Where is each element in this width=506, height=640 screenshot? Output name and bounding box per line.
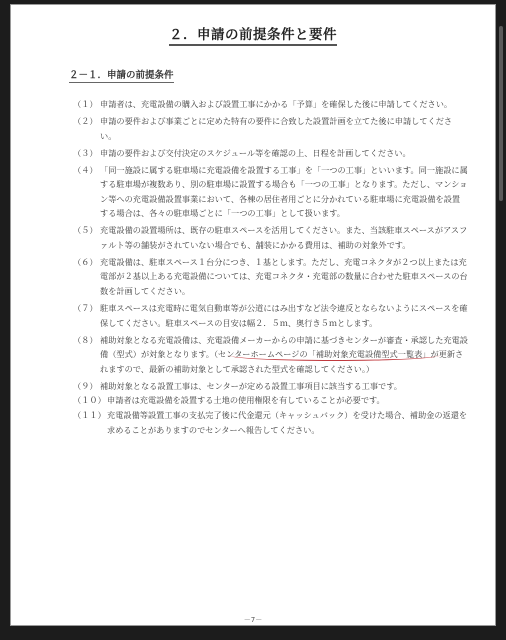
scrollbar-thumb[interactable]	[499, 26, 503, 201]
item-number: （１１）	[73, 408, 107, 437]
list-item: （１１） 充電設備等設置工事の支払完了後に代金還元（キャッシュバック）を受けた場…	[73, 408, 468, 437]
document-page: ２．申請の前提条件と要件 ２－１．申請の前提条件 （１） 申請者は、充電設備の購…	[10, 4, 496, 626]
section-heading: ２－１．申請の前提条件	[69, 67, 174, 81]
item-text: 申請者は充電設備を設置する土地の使用権限を有していることが必要です。	[107, 393, 468, 408]
list-item: （３） 申請の要件および交付決定のスケジュール等を確認の上、日程を計画してくださ…	[73, 146, 468, 161]
item-number: （１０）	[73, 393, 107, 408]
list-item: （１） 申請者は、充電設備の購入および設置工事にかかる「予算」を確保した後に申請…	[73, 97, 468, 112]
section-heading-text: ２－１．申請の前提条件	[69, 70, 174, 83]
item-number: （４）	[73, 163, 100, 221]
item-number: （３）	[73, 146, 100, 161]
item-number: （６）	[73, 255, 100, 299]
list-item: （６） 充電設備は、駐車スペース１台分につき、１基とします。ただし、充電コネクタ…	[73, 255, 468, 299]
item-number: （２）	[73, 114, 100, 143]
list-item: （４） 「同一施設に属する駐車場に充電設備を設置する工事」を「一つの工事」といい…	[73, 163, 468, 221]
page-number: －7－	[11, 615, 495, 625]
item-text: 充電設備は、駐車スペース１台分につき、１基とします。ただし、充電コネクタが２つ以…	[100, 255, 468, 299]
item-text: 申請の要件および事業ごとに定めた特有の要件に合致した設置計画を立てた後に申請して…	[100, 114, 468, 143]
item-text: 充電設備等設置工事の支払完了後に代金還元（キャッシュバック）を受けた場合、補助金…	[107, 408, 468, 437]
item-text: 「同一施設に属する駐車場に充電設備を設置する工事」を「一つの工事」といいます。同…	[100, 163, 468, 221]
item-number: （９）	[73, 379, 100, 394]
item-number: （８）	[73, 333, 100, 377]
requirements-list: （１） 申請者は、充電設備の購入および設置工事にかかる「予算」を確保した後に申請…	[73, 97, 468, 440]
item-number: （５）	[73, 223, 100, 252]
item-text: 補助対象となる設置工事は、センターが定める設置工事項目に該当する工事です。	[100, 379, 468, 394]
item-text: 駐車スペースは充電時に電気自動車等が公道にはみ出すなど法令違反とならないようにス…	[100, 301, 468, 330]
page-title-text: ２．申請の前提条件と要件	[169, 27, 337, 46]
list-item: （２） 申請の要件および事業ごとに定めた特有の要件に合致した設置計画を立てた後に…	[73, 114, 468, 143]
item-text: 申請の要件および交付決定のスケジュール等を確認の上、日程を計画してください。	[100, 146, 468, 161]
item-number: （１）	[73, 97, 100, 112]
highlighted-text: 駐車スペースの目安は幅２．５ｍ、奥行き５ｍとし	[166, 318, 354, 328]
item-text: 申請者は、充電設備の購入および設置工事にかかる「予算」を確保した後に申請してくだ…	[100, 97, 468, 112]
item-number: （７）	[73, 301, 100, 330]
page-title: ２．申請の前提条件と要件	[11, 23, 495, 43]
item-text-after: ます。	[353, 318, 377, 328]
list-item: （７） 駐車スペースは充電時に電気自動車等が公道にはみ出すなど法令違反とならない…	[73, 301, 468, 330]
list-item: （９） 補助対象となる設置工事は、センターが定める設置工事項目に該当する工事です…	[73, 379, 468, 394]
item-text: 充電設備の設置場所は、既存の駐車スペースを活用してください。また、当該駐車スペー…	[100, 223, 468, 252]
scrollbar[interactable]	[499, 26, 503, 628]
list-item: （５） 充電設備の設置場所は、既存の駐車スペースを活用してください。また、当該駐…	[73, 223, 468, 252]
list-item: （１０） 申請者は充電設備を設置する土地の使用権限を有していることが必要です。	[73, 393, 468, 408]
